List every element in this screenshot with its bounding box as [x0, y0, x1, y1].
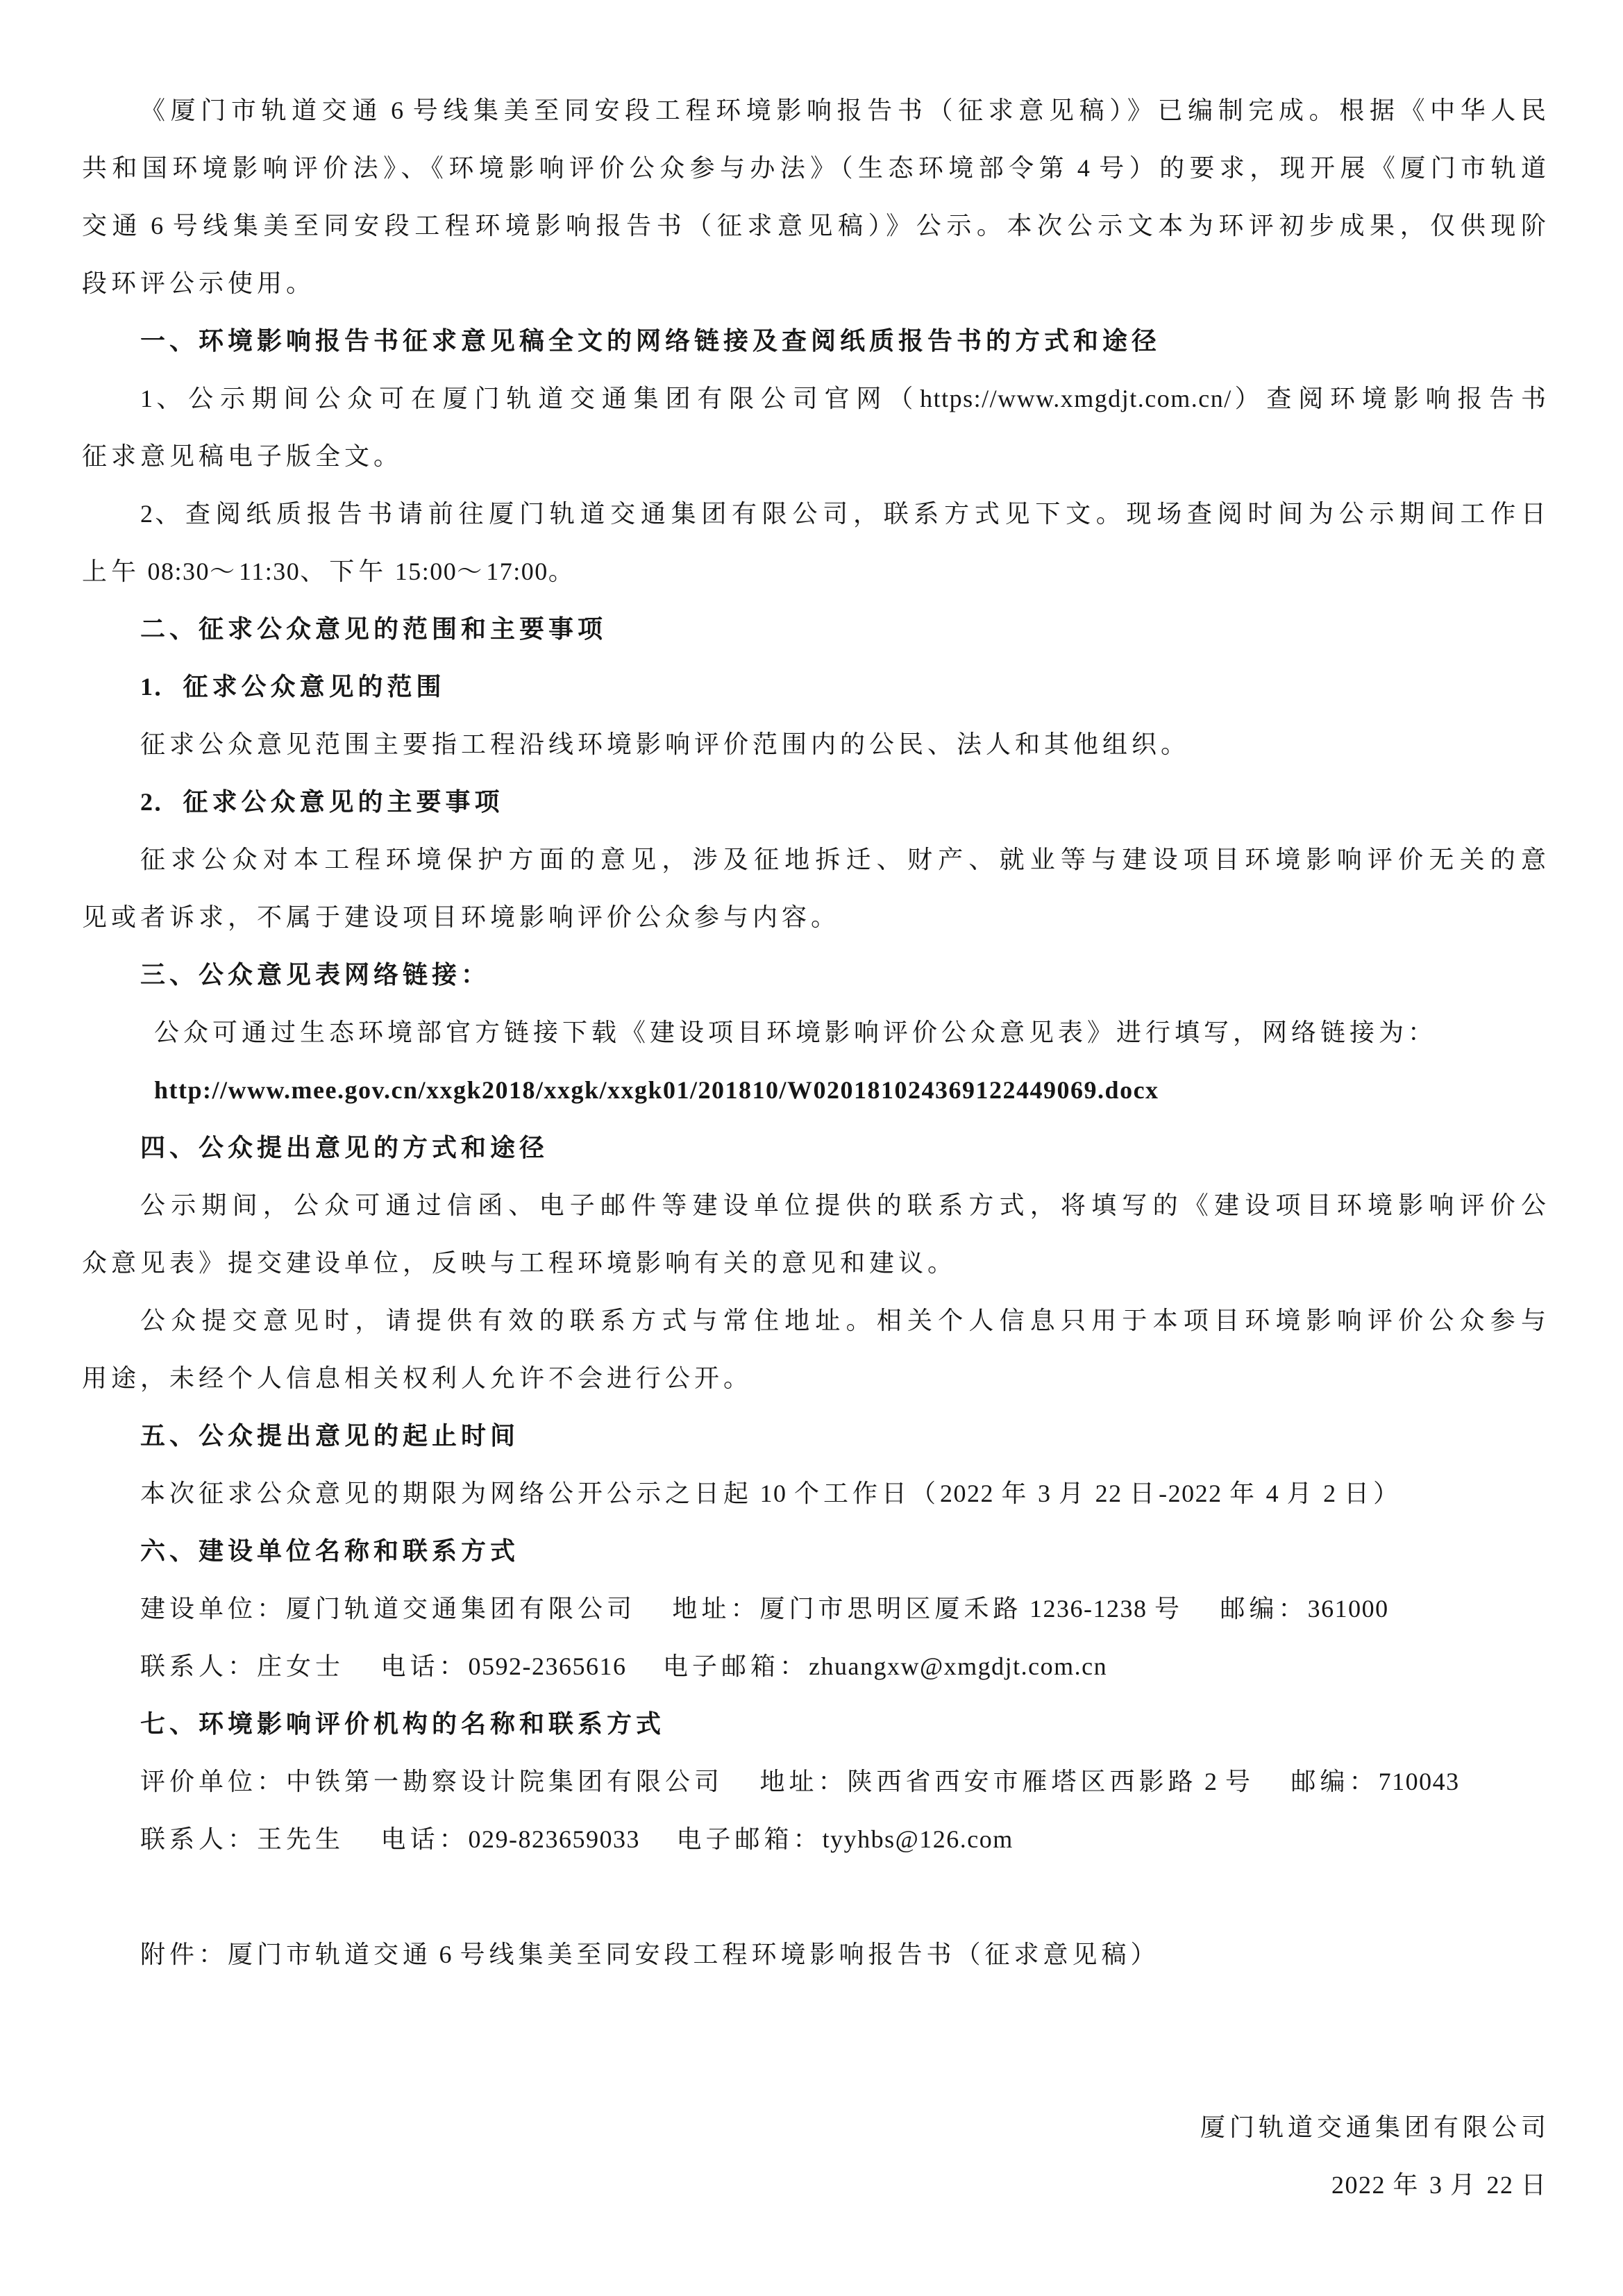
signature-line: 厦门轨道交通集团有限公司	[82, 2099, 1550, 2156]
section-4-heading: 四、公众提出意见的方式和途径	[82, 1119, 1550, 1177]
section-1-item-1-line-2: 征求意见稿电子版全文。	[82, 428, 1550, 485]
section-7-assessor-line: 评价单位：中铁第一勘察设计院集团有限公司 地址：陕西省西安市雁塔区西影路 2 号…	[82, 1753, 1550, 1811]
section-5-body: 本次征求公众意见的期限为网络公开公示之日起 10 个工作日（2022 年 3 月…	[82, 1465, 1550, 1523]
date-line: 2022 年 3 月 22 日	[82, 2156, 1550, 2214]
intro-line-2: 共和国环境影响评价法》、《环境影响评价公众参与办法》（生态环境部令第 4 号）的…	[82, 140, 1550, 197]
section-1-heading: 一、环境影响报告书征求意见稿全文的网络链接及查阅纸质报告书的方式和途径	[82, 312, 1550, 370]
section-6-contact-line: 联系人：庄女士 电话：0592-2365616 电子邮箱：zhuangxw@xm…	[82, 1638, 1550, 1695]
section-2-heading: 二、征求公众意见的范围和主要事项	[82, 601, 1550, 658]
intro-line-4: 段环评公示使用。	[82, 255, 1550, 312]
intro-line-1: 《厦门市轨道交通 6 号线集美至同安段工程环境影响报告书（征求意见稿）》已编制完…	[82, 82, 1550, 140]
section-2-sub-2-body-line-1: 征求公众对本工程环境保护方面的意见，涉及征地拆迁、财产、就业等与建设项目环境影响…	[82, 831, 1550, 889]
spacer-line	[82, 1868, 1550, 1926]
section-6-heading: 六、建设单位名称和联系方式	[82, 1523, 1550, 1580]
section-1-item-1-line-1: 1、公示期间公众可在厦门轨道交通集团有限公司官网（https://www.xmg…	[82, 370, 1550, 428]
section-2-sub-1-body: 征求公众意见范围主要指工程沿线环境影响评价范围内的公民、法人和其他组织。	[82, 716, 1550, 773]
section-3-body: 公众可通过生态环境部官方链接下载《建设项目环境影响评价公众意见表》进行填写，网络…	[82, 1004, 1550, 1062]
notice-document-page: 《厦门市轨道交通 6 号线集美至同安段工程环境影响报告书（征求意见稿）》已编制完…	[0, 0, 1623, 2296]
section-4-para-1-line-2: 众意见表》提交建设单位，反映与工程环境影响有关的意见和建议。	[82, 1234, 1550, 1292]
section-7-heading: 七、环境影响评价机构的名称和联系方式	[82, 1695, 1550, 1753]
spacer-line	[82, 2041, 1550, 2099]
intro-line-3: 交通 6 号线集美至同安段工程环境影响报告书（征求意见稿）》公示。本次公示文本为…	[82, 197, 1550, 255]
section-4-para-2-line-1: 公众提交意见时，请提供有效的联系方式与常住地址。相关个人信息只用于本项目环境影响…	[82, 1292, 1550, 1350]
section-5-heading: 五、公众提出意见的起止时间	[82, 1407, 1550, 1465]
spacer-line	[82, 1984, 1550, 2041]
section-2-sub-2-heading: 2．征求公众意见的主要事项	[82, 773, 1550, 831]
section-3-heading: 三、公众意见表网络链接：	[82, 946, 1550, 1004]
section-3-url: http://www.mee.gov.cn/xxgk2018/xxgk/xxgk…	[82, 1062, 1550, 1119]
section-2-sub-1-heading: 1．征求公众意见的范围	[82, 658, 1550, 716]
section-1-item-2-line-1: 2、查阅纸质报告书请前往厦门轨道交通集团有限公司，联系方式见下文。现场查阅时间为…	[82, 485, 1550, 543]
section-1-item-2-line-2: 上午 08:30～11:30、下午 15:00～17:00。	[82, 543, 1550, 601]
section-6-builder-line: 建设单位：厦门轨道交通集团有限公司 地址：厦门市思明区厦禾路 1236-1238…	[82, 1580, 1550, 1638]
section-2-sub-2-body-line-2: 见或者诉求，不属于建设项目环境影响评价公众参与内容。	[82, 889, 1550, 946]
section-7-contact-line: 联系人：王先生 电话：029-823659033 电子邮箱：tyyhbs@126…	[82, 1811, 1550, 1868]
section-4-para-2-line-2: 用途，未经个人信息相关权利人允许不会进行公开。	[82, 1350, 1550, 1407]
section-4-para-1-line-1: 公示期间，公众可通过信函、电子邮件等建设单位提供的联系方式，将填写的《建设项目环…	[82, 1177, 1550, 1234]
attachment-line: 附件：厦门市轨道交通 6 号线集美至同安段工程环境影响报告书（征求意见稿）	[82, 1926, 1550, 1984]
